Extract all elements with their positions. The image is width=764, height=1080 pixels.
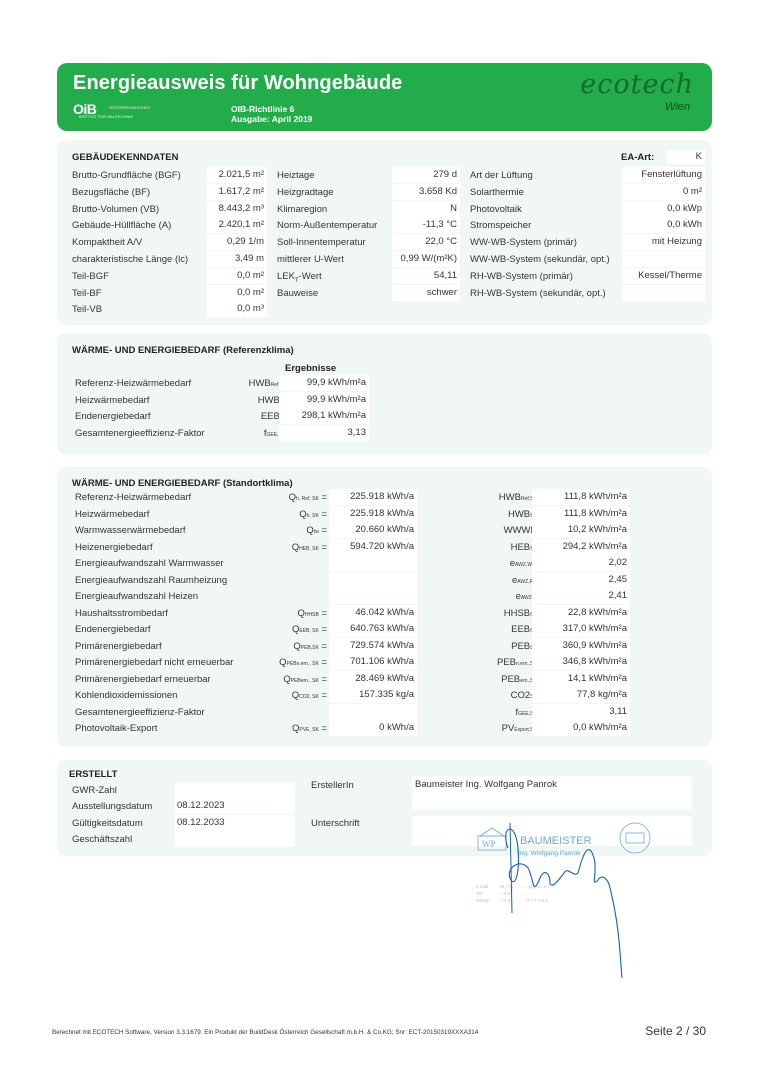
building-label: Art der Lüftung (470, 167, 533, 184)
building-label: Bauweise (277, 285, 318, 302)
building-label: Gebäude-Hüllfläche (A) (72, 217, 171, 234)
building-label: mittlerer U-Wert (277, 251, 344, 268)
site-symbol: QPVE, SK = (245, 720, 327, 739)
svg-text:WP: WP (482, 839, 496, 849)
site-value (329, 704, 417, 720)
ea-art-label: EA-Art: (621, 152, 654, 163)
site-label: Referenz-Heizwärmebedarf (75, 489, 191, 506)
building-value (622, 251, 705, 267)
building-value: 3.658 Kd (392, 184, 460, 200)
brand-city: Wien (665, 101, 690, 113)
reference-label: Endenergiebedarf (75, 408, 151, 425)
site-value-specific: 2,45 (532, 572, 630, 588)
building-label: Teil-BF (72, 285, 102, 302)
site-label: Haushaltsstrombedarf (75, 605, 168, 622)
site-label: Primärenergiebedarf nicht erneuerbar (75, 654, 233, 671)
building-label: Stromspeicher (470, 217, 531, 234)
page-number: Seite 2 / 30 (645, 1024, 706, 1038)
site-value-specific: 317,0 kWh/m²a (532, 621, 630, 637)
building-label: WW-WB-System (sekundär, opt.) (470, 251, 610, 268)
site-value-specific: 111,8 kWh/m²a (532, 506, 630, 522)
site-value: 28.469 kWh/a (329, 671, 417, 687)
building-value: Fensterlüftung (622, 167, 705, 183)
building-value: schwer (392, 285, 460, 301)
svg-text:e-mail: e-mail (476, 884, 488, 889)
site-label: Heizenergiebedarf (75, 539, 153, 556)
building-value: 279 d (392, 167, 460, 183)
document-header: Energieausweis für Wohngebäude OiB ÖSTER… (57, 63, 712, 131)
signature-label: Unterschrift (311, 815, 360, 832)
created-title: ERSTELLT (69, 769, 117, 780)
site-value: 0 kWh/a (329, 720, 417, 736)
building-label: Norm-Außentemperatur (277, 217, 377, 234)
site-value (329, 555, 417, 571)
site-value-specific: 10,2 kWh/m²a (532, 522, 630, 538)
building-value: 2.420,1 m² (207, 217, 267, 233)
building-value: 1.617,2 m² (207, 184, 267, 200)
building-value: 54,11 (392, 268, 460, 284)
site-value: 157.335 kg/a (329, 687, 417, 703)
created-label: Ausstellungsdatum (72, 798, 152, 815)
building-label: Teil-BGF (72, 268, 109, 285)
site-value-specific: 77,8 kg/m²a (532, 687, 630, 703)
site-label: Kohlendioxidemissionen (75, 687, 177, 704)
reference-value: 3,13 (279, 425, 369, 441)
building-label: WW-WB-System (primär) (470, 234, 577, 251)
site-label: Primärenergiebedarf (75, 638, 162, 655)
site-value (329, 588, 417, 604)
svg-text:Tel: Tel (476, 891, 482, 896)
site-value-specific: 3,11 (532, 704, 630, 720)
building-value: 0,0 m³ (207, 301, 267, 317)
site-value-specific: 2,02 (532, 555, 630, 571)
site-label: Energieaufwandszahl Raumheizung (75, 572, 227, 589)
building-value: Kessel/Therme (622, 268, 705, 284)
site-value: 729.574 kWh/a (329, 638, 417, 654)
building-value: -11,3 °C (392, 217, 460, 233)
site-value: 640.763 kWh/a (329, 621, 417, 637)
building-data-title: GEBÄUDEKENNDATEN (72, 152, 178, 163)
reference-label: Referenz-Heizwärmebedarf (75, 375, 191, 392)
building-label: Solarthermie (470, 184, 524, 201)
created-value (175, 831, 295, 847)
building-value: 0,0 m² (207, 285, 267, 301)
building-value: 8.443,2 m³ (207, 201, 267, 217)
site-label: Photovoltaik-Export (75, 720, 157, 737)
results-header: Ergebnisse (285, 363, 336, 374)
ecotech-logo: ecotech (580, 69, 694, 100)
site-value-specific: 22,8 kWh/m²a (532, 605, 630, 621)
building-label: Bezugsfläche (BF) (72, 184, 150, 201)
building-label: Heizgradtage (277, 184, 334, 201)
creator-value: Baumeister Ing. Wolfgang Panrok (412, 776, 692, 810)
svg-text:Ing. Wolfgang Panrok: Ing. Wolfgang Panrok (518, 850, 581, 857)
building-label: Photovoltaik (470, 201, 522, 218)
building-value: mit Heizung (622, 234, 705, 250)
building-value: N (392, 201, 460, 217)
building-label: Brutto-Volumen (VB) (72, 201, 159, 218)
site-value: 46.042 kWh/a (329, 605, 417, 621)
reference-climate-title: WÄRME- UND ENERGIEBEDARF (Referenzklima) (72, 345, 294, 356)
site-label: Heizwärmebedarf (75, 506, 149, 523)
building-value: 3,49 m (207, 251, 267, 267)
site-value: 225.918 kWh/a (329, 506, 417, 522)
building-label: charakteristische Länge (lc) (72, 251, 188, 268)
building-label: Soll-Innentemperatur (277, 234, 366, 251)
building-value: 0,0 m² (207, 268, 267, 284)
reference-label: Heizwärmebedarf (75, 392, 149, 409)
building-value: 0,0 kWp (622, 201, 705, 217)
svg-text:+ 4 3 / . . . . . 0: + 4 3 / . . . . . 0 7 7 7 5 6 (500, 898, 548, 903)
site-label: Endenergiebedarf (75, 621, 151, 638)
created-label: Geschäftszahl (72, 831, 132, 848)
building-label: Brutto-Grundfläche (BGF) (72, 167, 181, 184)
site-label: Energieaufwandszahl Heizen (75, 588, 198, 605)
site-label: Warmwasserwärmebedarf (75, 522, 186, 539)
document-title: Energieausweis für Wohngebäude (73, 72, 402, 95)
site-value (329, 572, 417, 588)
building-value (622, 285, 705, 301)
svg-text:BAUMEISTER: BAUMEISTER (520, 835, 592, 847)
reference-value: 99,9 kWh/m²a (279, 375, 369, 391)
svg-text:+ 4 3 / . . . . . .: + 4 3 / . . . . . . . . (500, 891, 533, 896)
building-value: 0,0 kWh (622, 217, 705, 233)
site-value: 20.660 kWh/a (329, 522, 417, 538)
building-label: Heiztage (277, 167, 315, 184)
reference-climate-panel: WÄRME- UND ENERGIEBEDARF (Referenzklima)… (57, 333, 712, 455)
site-value-specific: 294,2 kWh/m²a (532, 539, 630, 555)
building-label: Kompaktheit A/V (72, 234, 142, 251)
signature-stamp: WP BAUMEISTER Ing. Wolfgang Panrok e-mai… (470, 818, 670, 983)
site-value-specific: 14,1 kWh/m²a (532, 671, 630, 687)
building-value: 0,29 1/m (207, 234, 267, 250)
site-value-specific: 2,41 (532, 588, 630, 604)
guideline-info: OIB-Richtlinie 6 Ausgabe: April 2019 (231, 104, 312, 124)
site-value-specific: 360,9 kWh/m²a (532, 638, 630, 654)
site-label: Primärenergiebedarf erneuerbar (75, 671, 211, 688)
creator-label: ErstellerIn (311, 777, 354, 794)
building-label: RH-WB-System (primär) (470, 268, 573, 285)
building-value: 22,0 °C (392, 234, 460, 250)
footer-software-note: Berechnet mit ECOTECH Software, Version … (52, 1029, 478, 1036)
created-value: 08.12.2023 (175, 798, 295, 814)
building-label: Teil-VB (72, 301, 102, 318)
oib-logo: OiB ÖSTERREICHISCHES INSTITUT FÜR BAUTEC… (73, 102, 193, 122)
site-value: 701.106 kWh/a (329, 654, 417, 670)
signature-icon: WP BAUMEISTER Ing. Wolfgang Panrok e-mai… (470, 818, 670, 983)
reference-value: 298,1 kWh/m²a (279, 408, 369, 424)
ea-art-value: K (667, 150, 705, 164)
created-value (175, 782, 295, 798)
building-label: Klimaregion (277, 201, 327, 218)
site-value-specific: 346,8 kWh/m²a (532, 654, 630, 670)
building-value: 0 m² (622, 184, 705, 200)
site-label: Energieaufwandszahl Warmwasser (75, 555, 224, 572)
site-value-specific: 0,0 kWh/m²a (532, 720, 630, 736)
reference-label: Gesamtenergieeffizienz-Faktor (75, 425, 205, 442)
building-label: RH-WB-System (sekundär, opt.) (470, 285, 606, 302)
svg-text:Handy: Handy (476, 898, 490, 903)
site-climate-panel: WÄRME- UND ENERGIEBEDARF (Standortklima)… (57, 467, 712, 747)
building-data-panel: GEBÄUDEKENNDATEN EA-Art: K Brutto-Grundf… (57, 140, 712, 325)
site-value: 225.918 kWh/a (329, 489, 417, 505)
site-value: 594.720 kWh/a (329, 539, 417, 555)
building-value: 0,99 W/(m²K) (392, 251, 460, 267)
site-label: Gesamtenergieeffizienz-Faktor (75, 704, 205, 721)
created-label: GWR-Zahl (72, 782, 117, 799)
site-value-specific: 111,8 kWh/m²a (532, 489, 630, 505)
svg-text:W / f g . . . . . .: W / f g . . . . . . g m x . a t (500, 884, 550, 889)
created-value: 08.12.2033 (175, 815, 295, 831)
reference-value: 99,9 kWh/m²a (279, 392, 369, 408)
site-climate-title: WÄRME- UND ENERGIEBEDARF (Standortklima) (72, 478, 293, 489)
created-label: Gültigkeitsdatum (72, 815, 143, 832)
building-value: 2.021,5 m² (207, 167, 267, 183)
